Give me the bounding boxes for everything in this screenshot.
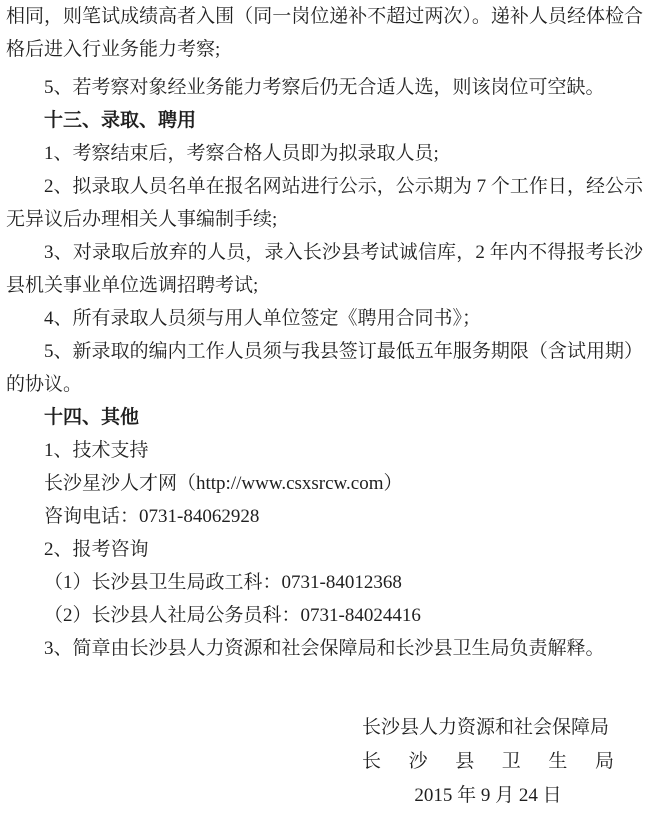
list-item: 1、技术支持 (6, 434, 643, 467)
list-item: 3、对录取后放弃的人员，录入长沙县考试诚信库，2 年内不得报考长沙县机关事业单位… (6, 236, 643, 302)
list-item-vacancy-rule: 5、若考察对象经业务能力考察后仍无合适人选，则该岗位可空缺。 (6, 71, 643, 104)
list-item: 2、报考咨询 (6, 533, 643, 566)
section-heading-13: 十三、录取、聘用 (6, 104, 643, 137)
list-item-phone: （2）长沙县人社局公务员科：0731-84024416 (6, 599, 643, 632)
list-item: 5、新录取的编内工作人员须与我县签订最低五年服务期限（含试用期）的协议。 (6, 335, 643, 401)
signature-org-health-bureau: 长沙县卫生局 (362, 745, 614, 779)
document-page: 相同，则笔试成绩高者入围（同一岗位递补不超过两次）。递补人员经体检合格后进入行业… (0, 0, 649, 823)
signature-block: 长沙县人力资源和社会保障局 长沙县卫生局 2015 年 9 月 24 日 (362, 711, 614, 813)
section-heading-14: 十四、其他 (6, 401, 643, 434)
list-item-phone: （1）长沙县卫生局政工科：0731-84012368 (6, 566, 643, 599)
list-item: 1、考察结束后，考察合格人员即为拟录取人员; (6, 137, 643, 170)
continuation-paragraph: 相同，则笔试成绩高者入围（同一岗位递补不超过两次）。递补人员经体检合格后进入行业… (6, 0, 643, 66)
list-item: 3、简章由长沙县人力资源和社会保障局和长沙县卫生局负责解释。 (6, 632, 643, 665)
signature-date: 2015 年 9 月 24 日 (362, 779, 614, 813)
list-item-phone: 咨询电话：0731-84062928 (6, 500, 643, 533)
signature-org-hr-bureau: 长沙县人力资源和社会保障局 (362, 711, 614, 745)
list-item: 2、拟录取人员名单在报名网站进行公示，公示期为 7 个工作日，经公示无异议后办理… (6, 170, 643, 236)
list-item-website: 长沙星沙人才网（http://www.csxsrcw.com） (6, 467, 643, 500)
list-item: 4、所有录取人员须与用人单位签定《聘用合同书》； (6, 302, 643, 335)
